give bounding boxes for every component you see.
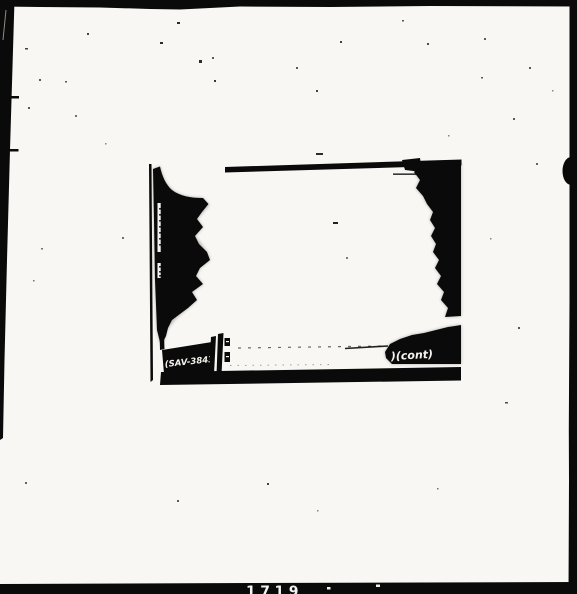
photo-print: (SAV-3843 )(cont) [149, 158, 462, 385]
right-border [569, 0, 577, 594]
scanned-page: (SAV-3843 )(cont) [0, 0, 577, 594]
page-borders [0, 0, 577, 594]
dust-speck [505, 402, 508, 404]
dust-speck [41, 248, 43, 250]
dust-speck [427, 43, 429, 45]
dust-specks [25, 20, 554, 512]
top-border [0, 0, 577, 10]
dust-speck [214, 80, 216, 82]
dust-speck [529, 67, 531, 69]
dust-speck [122, 237, 124, 239]
dust-speck [160, 42, 163, 44]
dust-speck [437, 488, 439, 490]
photo-scribe-line-2 [230, 365, 335, 366]
photo-left-blotch [153, 167, 210, 343]
dust-speck [484, 38, 486, 40]
dust-speck [316, 90, 318, 92]
dust-speck [316, 153, 323, 155]
dust-speck [65, 81, 67, 83]
dust-speck [87, 33, 89, 35]
frame-number-group: 1719 [246, 584, 303, 594]
photo-right-blotch [414, 163, 461, 317]
photo-caption-right-group: )(cont) [389, 348, 433, 363]
dust-speck [490, 238, 492, 240]
right-border-bump [563, 157, 577, 185]
dust-speck [25, 48, 28, 50]
dust-speck [518, 327, 520, 329]
photo-caption-right: )(cont) [389, 348, 433, 363]
dust-speck [212, 57, 214, 59]
bottom-border-fleck [327, 587, 331, 590]
dust-speck [402, 20, 404, 22]
dust-speck [296, 67, 298, 69]
dust-speck [199, 60, 202, 63]
dust-speck [513, 118, 515, 120]
dust-speck [105, 143, 107, 145]
dust-speck [333, 222, 338, 224]
film-scale-marks [158, 203, 161, 278]
left-border-tick [11, 96, 19, 99]
caption-divider-bars [209, 333, 230, 375]
ink-layer: (SAV-3843 )(cont) [0, 0, 577, 594]
dust-speck [317, 510, 319, 512]
dust-speck [340, 41, 342, 43]
left-border-tick [10, 149, 19, 152]
frame-number: 1719 [246, 584, 303, 594]
dust-speck [39, 79, 41, 81]
dust-speck [267, 483, 269, 485]
dust-speck [552, 90, 554, 92]
bottom-border-fleck [376, 585, 380, 588]
dust-speck [177, 22, 180, 24]
dust-speck [75, 115, 77, 117]
dust-speck [25, 482, 27, 484]
scan-artwork: (SAV-3843 )(cont) [0, 0, 577, 594]
dust-speck [346, 257, 348, 259]
dust-speck [448, 135, 450, 137]
dust-speck [481, 77, 483, 79]
dust-speck [177, 500, 179, 502]
caption-wedge-tail-line [345, 346, 388, 349]
dust-speck [33, 280, 35, 282]
dust-speck [536, 163, 538, 165]
dust-speck [28, 107, 30, 109]
photo-left-edge-line [149, 164, 153, 382]
left-border-wedge [0, 0, 15, 440]
